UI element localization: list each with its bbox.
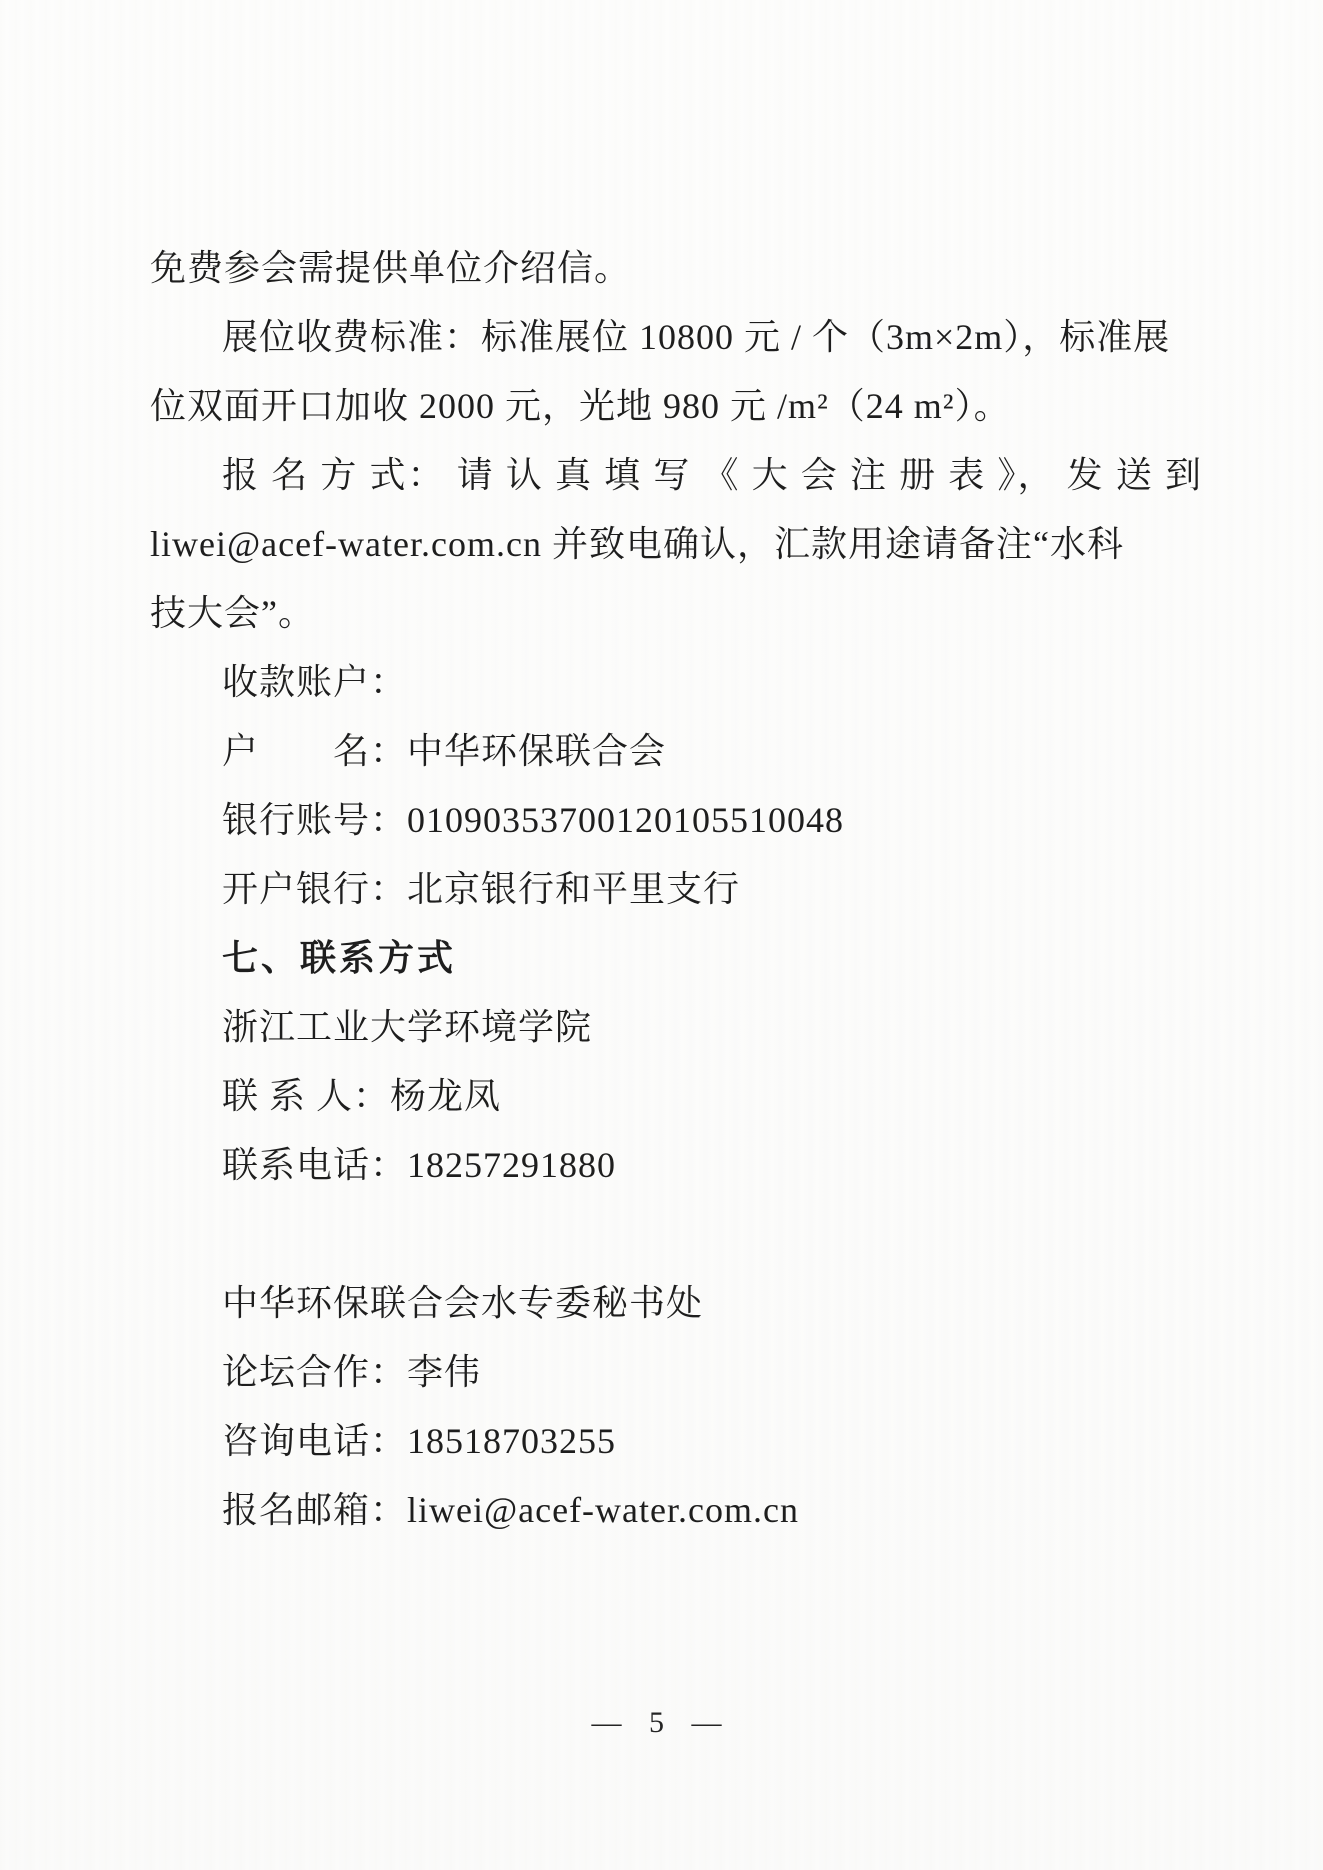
line-registration-email: 报名邮箱：liwei@acef-water.com.cn bbox=[150, 1476, 1202, 1545]
line-account-name: 户 名：中华环保联合会 bbox=[150, 717, 1202, 786]
page-number: — 5 — bbox=[592, 1706, 732, 1739]
line-consultation-phone: 咨询电话：18518703255 bbox=[150, 1407, 1202, 1476]
heading-contact-section: 七、联系方式 bbox=[150, 924, 1202, 993]
line-secretariat: 中华环保联合会水专委秘书处 bbox=[150, 1269, 1202, 1338]
scanned-document-page: 免费参会需提供单位介绍信。 展位收费标准：标准展位 10800 元 / 个（3m… bbox=[0, 0, 1323, 1870]
document-body: 免费参会需提供单位介绍信。 展位收费标准：标准展位 10800 元 / 个（3m… bbox=[150, 234, 1202, 1545]
line-booth-fee-continued: 位双面开口加收 2000 元，光地 980 元 /m²（24 m²）。 bbox=[150, 372, 1202, 441]
line-email-confirmation: liwei@acef-water.com.cn 并致电确认，汇款用途请备注“水科 bbox=[150, 510, 1202, 579]
page-footer: — 5 — bbox=[0, 1706, 1323, 1740]
line-university-college: 浙江工业大学环境学院 bbox=[150, 993, 1202, 1062]
line-free-attendance-note: 免费参会需提供单位介绍信。 bbox=[150, 234, 1202, 303]
line-remark-continued: 技大会”。 bbox=[150, 579, 1202, 648]
line-registration-method: 报 名 方 式： 请 认 真 填 写 《 大 会 注 册 表 》， 发 送 到 bbox=[150, 441, 1202, 510]
line-booth-fee-standard: 展位收费标准：标准展位 10800 元 / 个（3m×2m），标准展 bbox=[150, 303, 1202, 372]
line-forum-cooperation: 论坛合作：李伟 bbox=[150, 1338, 1202, 1407]
line-payee-account-label: 收款账户： bbox=[150, 648, 1202, 717]
line-contact-person: 联 系 人：杨龙凤 bbox=[150, 1062, 1202, 1131]
line-contact-phone: 联系电话：18257291880 bbox=[150, 1131, 1202, 1200]
line-opening-bank: 开户银行：北京银行和平里支行 bbox=[150, 855, 1202, 924]
line-bank-account-number: 银行账号：01090353700120105510048 bbox=[150, 786, 1202, 855]
